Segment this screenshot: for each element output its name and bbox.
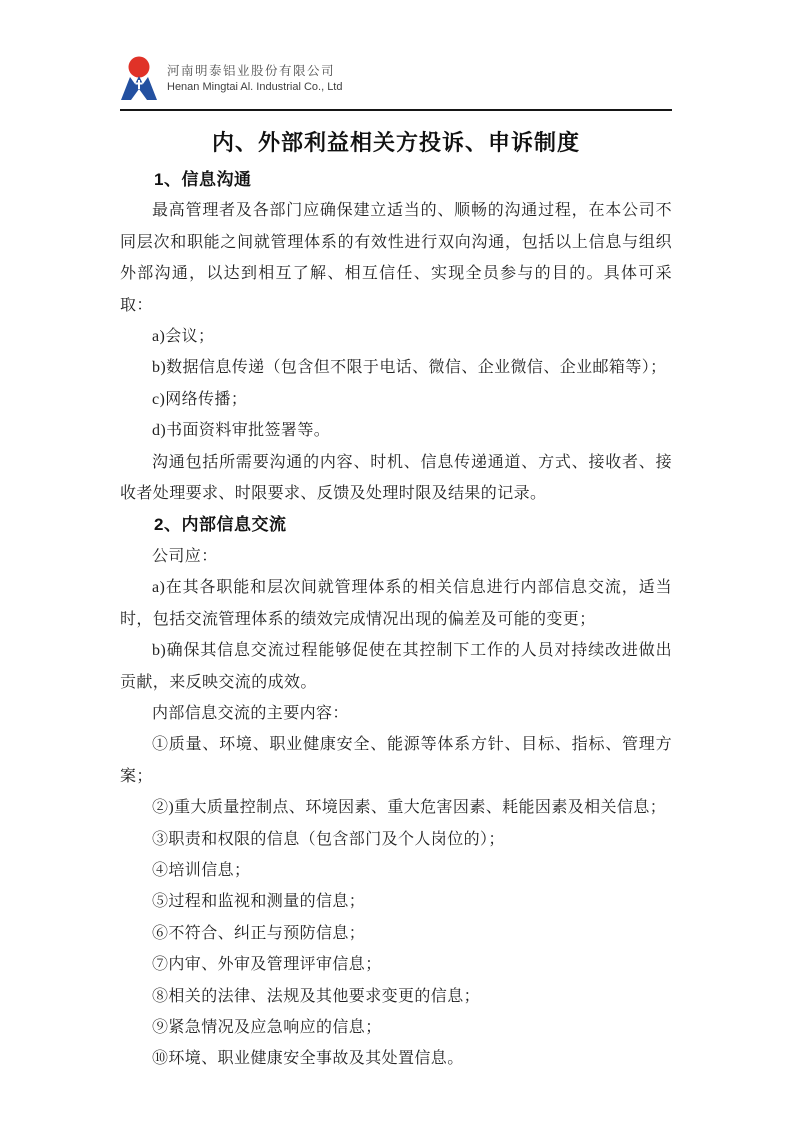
- logo-sun-icon: [129, 57, 150, 78]
- numbered-item-2: ②)重大质量控制点、环境因素、重大危害因素、耗能因素及相关信息；: [120, 792, 672, 823]
- section-1-intro-paragraph: 最高管理者及各部门应确保建立适当的、顺畅的沟通过程，在本公司不同层次和职能之间就…: [120, 195, 672, 321]
- section-1-item-a: a)会议；: [120, 321, 672, 352]
- section-2-item-a: a)在其各职能和层次间就管理体系的相关信息进行内部信息交流，适当时，包括交流管理…: [120, 572, 672, 635]
- numbered-item-7: ⑦内审、外审及管理评审信息；: [120, 949, 672, 980]
- section-1-item-d: d)书面资料审批签署等。: [120, 415, 672, 446]
- section-1-heading: 1、信息沟通: [120, 164, 672, 195]
- numbered-item-8: ⑧相关的法律、法规及其他要求变更的信息；: [120, 981, 672, 1012]
- numbered-item-1: ①质量、环境、职业健康安全、能源等体系方针、目标、指标、管理方案；: [120, 729, 672, 792]
- document-title: 内、外部利益相关方投诉、申诉制度: [120, 126, 672, 159]
- company-logo-icon: [120, 56, 158, 102]
- section-2-heading: 2、内部信息交流: [120, 509, 672, 540]
- document-page: 河南明泰铝业股份有限公司 Henan Mingtai Al. Industria…: [0, 0, 793, 1122]
- numbered-item-3: ③职责和权限的信息（包含部门及个人岗位的）；: [120, 824, 672, 855]
- company-name-en: Henan Mingtai Al. Industrial Co., Ltd: [167, 80, 342, 95]
- company-name-block: 河南明泰铝业股份有限公司 Henan Mingtai Al. Industria…: [167, 63, 342, 95]
- section-1-item-b: b)数据信息传递（包含但不限于电话、微信、企业微信、企业邮箱等）；: [120, 352, 672, 383]
- numbered-item-6: ⑥不符合、纠正与预防信息；: [120, 918, 672, 949]
- section-1-closing-paragraph: 沟通包括所需要沟通的内容、时机、信息传递通道、方式、接收者、接收者处理要求、时限…: [120, 447, 672, 510]
- numbered-item-9: ⑨紧急情况及应急响应的信息；: [120, 1012, 672, 1043]
- section-1-item-c: c)网络传播；: [120, 384, 672, 415]
- header-divider: [120, 109, 672, 111]
- numbered-item-10: ⑩环境、职业健康安全事故及其处置信息。: [120, 1043, 672, 1074]
- document-body: 1、信息沟通 最高管理者及各部门应确保建立适当的、顺畅的沟通过程，在本公司不同层…: [120, 164, 672, 1075]
- numbered-item-5: ⑤过程和监视和测量的信息；: [120, 886, 672, 917]
- page-header: 河南明泰铝业股份有限公司 Henan Mingtai Al. Industria…: [120, 56, 672, 102]
- numbered-item-4: ④培训信息；: [120, 855, 672, 886]
- section-2-lead-in: 公司应：: [120, 541, 672, 572]
- company-name-cn: 河南明泰铝业股份有限公司: [167, 63, 342, 80]
- company-logo: [120, 56, 158, 102]
- section-2-item-b: b)确保其信息交流过程能够促使在其控制下工作的人员对持续改进做出贡献，来反映交流…: [120, 635, 672, 698]
- section-2-contents-lead-in: 内部信息交流的主要内容：: [120, 698, 672, 729]
